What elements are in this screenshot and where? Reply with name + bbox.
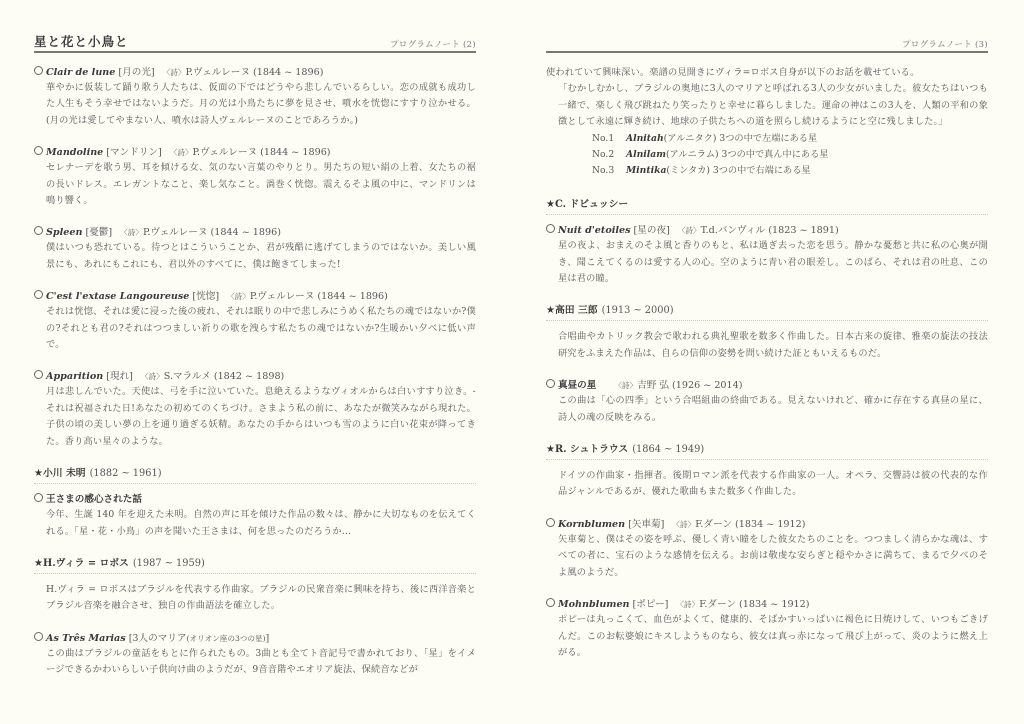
poet-credit: 〈詩〉F.ダーン (1834 ~ 1912)	[676, 599, 809, 610]
song-description: 華やかに仮装して踊り歌う人たちは、仮面の下ではどうやら悲しんでいるらしい。恋の成…	[34, 80, 476, 129]
star-row: No.3Mintika(ミンタカ) 3つの中で右端にある星	[592, 163, 988, 179]
song-heading: Kornblumen[矢車菊]〈詩〉F.ダーン (1834 ~ 1912)	[546, 517, 988, 532]
song-title-en: C'est l'extase Langoureuse	[46, 291, 189, 302]
composer-name: C. ドビュッシー	[555, 199, 628, 210]
program-notes-spread: 星と花と小鳥と プログラムノート (2) Clair de lune[月の光]〈…	[0, 0, 1024, 724]
page-label: プログラムノート (3)	[902, 38, 988, 50]
circle-bullet-icon	[34, 66, 43, 75]
composer-bio-takata: 合唱曲やカトリック教会で歌われる典礼聖歌を数多く作曲した。日本古来の旋律、雅楽の…	[546, 329, 988, 362]
song-heading: Mandoline[マンドリン]〈詩〉P.ヴェルレーヌ (1844 ~ 1896…	[34, 145, 476, 160]
song-description: 星の夜よ、おまえのそよ風と香りのもと、私は過ぎ去った恋を思う。静かな憂愁と共に私…	[546, 238, 988, 287]
composer-heading-villa-lobos: ★H.ヴィラ = ロボス(1987 ~ 1959)	[34, 556, 476, 574]
composer-years: (1913 ~ 2000)	[602, 305, 674, 316]
circle-bullet-icon	[34, 226, 43, 235]
song-apparition: Apparition[現れ]〈詩〉S.マラルメ (1842 ~ 1898) 月は…	[34, 369, 476, 450]
composer-heading-takata: ★高田 三郎(1913 ~ 2000)	[546, 303, 988, 321]
song-nuit-detoiles: Nuit d'etoiles[星の夜]〈詩〉T.d.バンヴィル (1823 ~ …	[546, 223, 988, 287]
left-page-header: 星と花と小鳥と プログラムノート (2)	[34, 28, 476, 53]
composer-bio-villa-lobos: H.ヴィラ = ロボスはブラジルを代表する作曲家。ブラジルの民衆音楽に興味を持ち…	[34, 582, 476, 615]
composer-heading-debussy: ★C. ドビュッシー	[546, 197, 988, 215]
song-title-en: Apparition	[46, 371, 103, 382]
composer-name: 高田 三郎	[555, 305, 598, 316]
song-heading: Apparition[現れ]〈詩〉S.マラルメ (1842 ~ 1898)	[34, 369, 476, 384]
song-heading: C'est l'extase Langoureuse[恍惚]〈詩〉P.ヴェルレー…	[34, 289, 476, 304]
song-title-en: Spleen	[46, 227, 82, 238]
song-heading: Nuit d'etoiles[星の夜]〈詩〉T.d.バンヴィル (1823 ~ …	[546, 223, 988, 238]
circle-bullet-icon	[546, 379, 555, 388]
poet-credit: 〈詩〉P.ヴェルレーヌ (1844 ~ 1896)	[120, 227, 281, 238]
song-ousama: 王さまの感心された話 今年、生誕 140 年を迎えた未明。自然の声に耳を傾けた作…	[34, 492, 476, 540]
song-title-ja: [ポピー]	[633, 599, 669, 610]
composer-years: (1882 ~ 1961)	[90, 468, 162, 479]
song-heading: 王さまの感心された話	[34, 492, 476, 507]
song-description: この曲は「心の四季」という合唱組曲の終曲である。見えないけれど、確かに存在する真…	[546, 393, 988, 426]
composer-name: R. シュトラウス	[555, 444, 628, 455]
song-description: 月は悲しんでいた。天使は、弓を手に泣いていた。息絶えるようなヴィオルからは白いす…	[34, 384, 476, 450]
song-heading: 真昼の星〈詩〉吉野 弘 (1926 ~ 2014)	[546, 378, 988, 393]
song-description: 僕はいつも恐れている。待つとはこういうことか、君が残酷に逃げてしまうのではないか…	[34, 240, 476, 273]
song-title-ja: [月の光]	[118, 67, 154, 78]
left-page: 星と花と小鳥と プログラムノート (2) Clair de lune[月の光]〈…	[34, 28, 476, 695]
song-description: 今年、生誕 140 年を迎えた未明。自然の声に耳を傾けた作品の数々は、静かに大切…	[34, 507, 476, 540]
song-heading: As Três Marias[3人のマリア(オリオン座の3つの星)]	[34, 631, 476, 646]
composer-bio: H.ヴィラ = ロボスはブラジルを代表する作曲家。ブラジルの民衆音楽に興味を持ち…	[34, 582, 476, 615]
star-icon: ★	[34, 558, 43, 569]
star-icon: ★	[546, 199, 555, 210]
page-label: プログラムノート (2)	[390, 38, 476, 50]
continued-text: 使われていて興味深い。楽譜の見開きにヴィラ=ロボス自身が以下のお話を載せている。	[546, 65, 988, 81]
song-heading: Clair de lune[月の光]〈詩〉P.ヴェルレーヌ (1844 ~ 18…	[34, 65, 476, 80]
song-description: セレナーデを歌う男、耳を傾ける女、気のない言葉のやりとり。男たちの短い絹の上着、…	[34, 160, 476, 209]
poet-credit: 〈詩〉F.ダーン (1834 ~ 1912)	[672, 519, 805, 530]
song-mandoline: Mandoline[マンドリン]〈詩〉P.ヴェルレーヌ (1844 ~ 1896…	[34, 145, 476, 209]
star-icon: ★	[546, 444, 555, 455]
poet-credit: 〈詩〉吉野 弘 (1926 ~ 2014)	[614, 380, 742, 391]
song-title-ja: [憂鬱]	[85, 227, 112, 238]
song-title-ja: 真昼の星	[558, 380, 596, 391]
circle-bullet-icon	[34, 370, 43, 379]
composer-years: (1864 ~ 1949)	[632, 444, 704, 455]
composer-bio: ドイツの作曲家・指揮者。後期ロマン派を代表する作曲家の一人。オペラ、交響詩は彼の…	[546, 468, 988, 501]
song-title-en: Clair de lune	[46, 67, 115, 78]
circle-bullet-icon	[34, 146, 43, 155]
song-description: それは恍惚、それは愛に浸った後の疲れ、それは眠りの中で悲しみにうめく私たちの魂で…	[34, 304, 476, 353]
poet-credit: 〈詩〉P.ヴェルレーヌ (1844 ~ 1896)	[170, 147, 331, 158]
star-row: No.2Alnilam(アルニラム) 3つの中で真ん中にある星	[592, 147, 988, 163]
song-as-tres-marias: As Três Marias[3人のマリア(オリオン座の3つの星)] この曲はブ…	[34, 631, 476, 679]
song-title-ja: 王さまの感心された話	[46, 494, 142, 505]
song-clair-de-lune: Clair de lune[月の光]〈詩〉P.ヴェルレーヌ (1844 ~ 18…	[34, 65, 476, 129]
circle-bullet-icon	[546, 224, 555, 233]
song-title-en: Kornblumen	[558, 519, 625, 530]
composer-bio-strauss: ドイツの作曲家・指揮者。後期ロマン派を代表する作曲家の一人。オペラ、交響詩は彼の…	[546, 468, 988, 501]
song-title-en: Mandoline	[46, 147, 103, 158]
circle-bullet-icon	[34, 632, 43, 641]
right-page: プログラムノート (3) 使われていて興味深い。楽譜の見開きにヴィラ=ロボス自身…	[546, 28, 988, 677]
song-description: 矢車菊と、僕はその姿を呼ぶ、優しく青い瞳をした彼女たちのことを。つつましく清らか…	[546, 532, 988, 581]
song-title-ja: [3人のマリア(オリオン座の3つの星)]	[129, 633, 270, 644]
song-title-en: Mohnblumen	[558, 599, 630, 610]
song-title-en: Nuit d'etoiles	[558, 225, 631, 236]
song-description: この曲はブラジルの童話をもとに作られたもの。3曲とも全てト音記号で書かれており、…	[34, 646, 476, 679]
song-title-ja: [マンドリン]	[106, 147, 161, 158]
song-cest-lextase: C'est l'extase Langoureuse[恍惚]〈詩〉P.ヴェルレー…	[34, 289, 476, 353]
orion-stars-list: No.1Alnitah(アルニタク) 3つの中で左端にある星 No.2Alnil…	[546, 131, 988, 180]
song-title-ja: [矢車菊]	[628, 519, 664, 530]
song-heading: Spleen[憂鬱]〈詩〉P.ヴェルレーヌ (1844 ~ 1896)	[34, 225, 476, 240]
right-page-content: 使われていて興味深い。楽譜の見開きにヴィラ=ロボス自身が以下のお話を載せている。…	[546, 53, 988, 661]
circle-bullet-icon	[546, 518, 555, 527]
composer-name: H.ヴィラ = ロボス	[43, 558, 129, 569]
circle-bullet-icon	[34, 290, 43, 299]
poet-credit: 〈詩〉T.d.バンヴィル (1823 ~ 1891)	[678, 225, 839, 236]
poet-credit: 〈詩〉P.ヴェルレーヌ (1844 ~ 1896)	[163, 67, 324, 78]
song-title-ja: [恍惚]	[192, 291, 219, 302]
composer-bio: 合唱曲やカトリック教会で歌われる典礼聖歌を数多く作曲した。日本古来の旋律、雅楽の…	[546, 329, 988, 362]
song-title-ja: [星の夜]	[634, 225, 670, 236]
song-mahiru-no-hoshi: 真昼の星〈詩〉吉野 弘 (1926 ~ 2014) この曲は「心の四季」という合…	[546, 378, 988, 426]
left-page-content: Clair de lune[月の光]〈詩〉P.ヴェルレーヌ (1844 ~ 18…	[34, 53, 476, 679]
song-title-ja: [現れ]	[106, 371, 133, 382]
song-kornblumen: Kornblumen[矢車菊]〈詩〉F.ダーン (1834 ~ 1912) 矢車…	[546, 517, 988, 581]
star-icon: ★	[546, 305, 555, 316]
song-mohnblumen: Mohnblumen[ポピー]〈詩〉F.ダーン (1834 ~ 1912) ポピ…	[546, 597, 988, 661]
star-icon: ★	[34, 468, 43, 479]
story-quote: 「むかしむかし、ブラジルの奥地に3人のマリアと呼ばれる3人の少女がいました。彼女…	[546, 81, 988, 130]
composer-name: 小川 未明	[43, 468, 86, 479]
song-heading: Mohnblumen[ポピー]〈詩〉F.ダーン (1834 ~ 1912)	[546, 597, 988, 612]
page-title: 星と花と小鳥と	[34, 32, 129, 50]
song-spleen: Spleen[憂鬱]〈詩〉P.ヴェルレーヌ (1844 ~ 1896) 僕はいつ…	[34, 225, 476, 273]
song-title-en: As Três Marias	[46, 633, 126, 644]
poet-credit: 〈詩〉S.マラルメ (1842 ~ 1898)	[141, 371, 284, 382]
composer-heading-strauss: ★R. シュトラウス(1864 ~ 1949)	[546, 442, 988, 460]
circle-bullet-icon	[546, 598, 555, 607]
right-page-header: プログラムノート (3)	[546, 28, 988, 53]
circle-bullet-icon	[34, 493, 43, 502]
star-row: No.1Alnitah(アルニタク) 3つの中で左端にある星	[592, 131, 988, 147]
composer-heading-ogawa: ★小川 未明(1882 ~ 1961)	[34, 466, 476, 484]
song-description: ポピーは丸っこくて、血色がよくて、健康的、そばかすいっぱいに褐色に日焼けして、い…	[546, 612, 988, 661]
poet-credit: 〈詩〉P.ヴェルレーヌ (1844 ~ 1896)	[227, 291, 388, 302]
composer-years: (1987 ~ 1959)	[133, 558, 205, 569]
